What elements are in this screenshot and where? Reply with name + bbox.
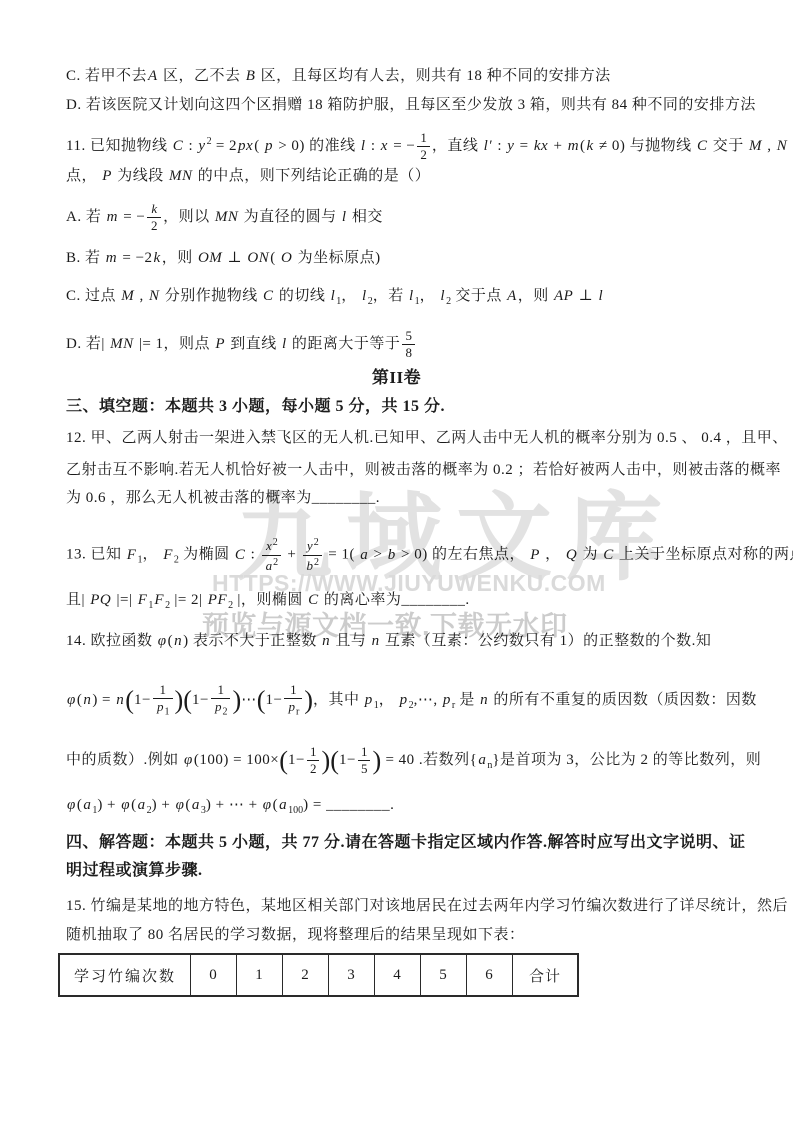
q14-line-2: φ(n) = n(1−1p1)(1−1p2)⋯(1−1pr)，其中 p1， p2… — [66, 683, 757, 718]
q14-line-4: φ(a1) + φ(a2) + φ(a3) + ⋯ + φ(a100) = __… — [66, 795, 394, 821]
section4-heading-1: 四、解答题：本题共 5 小题，共 77 分.请在答题卡指定区域内作答.解答时应写… — [66, 833, 746, 853]
table-cell-1: 1 — [236, 955, 282, 995]
q15-line-2: 随机抽取了 80 名居民的学习数据，现将整理后的结果呈现如下表： — [66, 925, 525, 945]
section3-heading: 三、填空题：本题共 3 小题，每小题 5 分，共 15 分. — [66, 397, 445, 417]
exam-page: 九域文库 HTTPS://WWW.JIUYUWENKU.COM 预览与源文档一致… — [0, 0, 793, 1122]
q11-option-a: A. 若 m = −k2，则以 MN 为直径的圆与 l 相交 — [66, 202, 383, 234]
q12-line-2: 乙射击互不影响.若无人机恰好被一人击中，则被击落的概率为 0.2 ；若恰好被两人… — [66, 460, 781, 480]
part2-title: 第II卷 — [0, 368, 793, 388]
table-cell-0: 0 — [190, 955, 236, 995]
q11-option-d: D. 若| MN |= 1，则点 P 到直线 l 的距离大于等于58 — [66, 329, 417, 361]
q14-line-1: 14. 欧拉函数 φ(n) 表示不大于正整数 n 且与 n 互素（互素：公约数只… — [66, 631, 711, 651]
q14-line-3: 中的质数）.例如 φ(100) = 100×(1−12)(1−15) = 40 … — [66, 745, 761, 777]
q13-line-2: 且| PQ |=| F1F2 |= 2| PF2 |，则椭圆 C 的离心率为__… — [66, 590, 470, 616]
table-cell-6: 6 — [466, 955, 512, 995]
q11-stem-1: 11. 已知抛物线 C : y2 = 2px( p > 0) 的准线 l : x… — [66, 131, 793, 163]
q10-option-d: D. 若该医院又计划向这四个区捐赠 18 箱防护服，且每区至少发放 3 箱，则共… — [66, 95, 756, 115]
survey-table: 学习竹编次数 0 1 2 3 4 5 6 合计 — [58, 953, 579, 997]
table-cell-3: 3 — [328, 955, 374, 995]
q13-line-1: 13. 已知 F1， F2 为椭圆 C : x2a2 + y2b2 = 1( a… — [66, 537, 793, 573]
table-cell-5: 5 — [420, 955, 466, 995]
table-cell-total: 合计 — [512, 955, 577, 995]
q15-line-1: 15. 竹编是某地的地方特色，某地区相关部门对该地居民在过去两年内学习竹编次数进… — [66, 896, 788, 916]
q10-option-c: C. 若甲不去A 区，乙不去 B 区，且每区均有人去，则共有 18 种不同的安排… — [66, 66, 611, 86]
q11-stem-2: 点， P 为线段 MN 的中点，则下列结论正确的是（） — [66, 166, 430, 186]
table-cell-2: 2 — [282, 955, 328, 995]
section4-heading-2: 明过程或演算步骤. — [66, 861, 203, 881]
q12-line-1: 12. 甲、乙两人射击一架进入禁飞区的无人机.已知甲、乙两人击中无人机的概率分别… — [66, 428, 788, 448]
q11-option-c: C. 过点 M , N 分别作抛物线 C 的切线 l1， l2，若 l1， l2… — [66, 286, 604, 312]
q11-option-b: B. 若 m = −2k，则 OM ⊥ ON( O 为坐标原点) — [66, 248, 381, 268]
table-cell-label: 学习竹编次数 — [60, 955, 190, 995]
table-cell-4: 4 — [374, 955, 420, 995]
q12-line-3: 为 0.6 ，那么无人机被击落的概率为________. — [66, 488, 380, 508]
